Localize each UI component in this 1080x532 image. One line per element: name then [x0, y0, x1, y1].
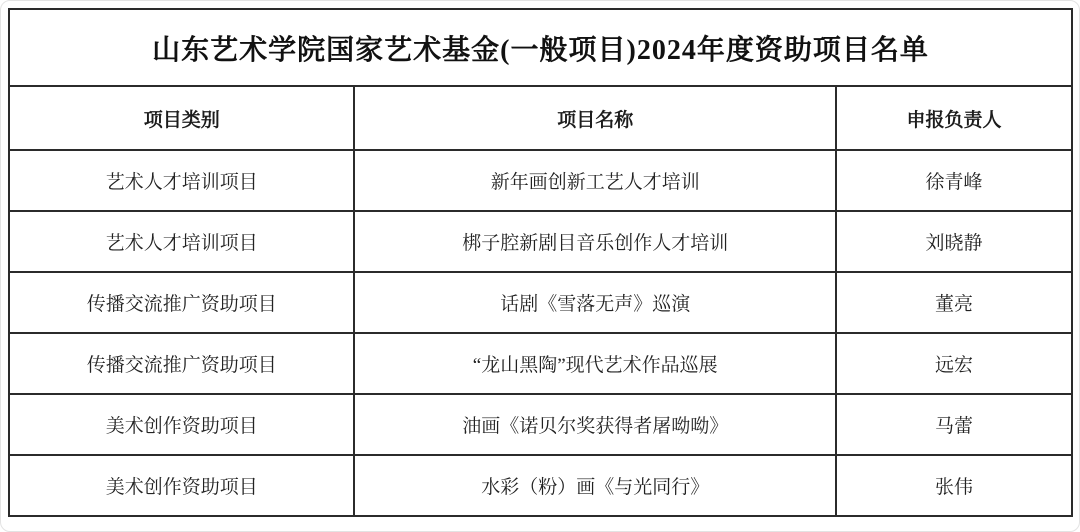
title-row: 山东艺术学院国家艺术基金(一般项目)2024年度资助项目名单: [9, 9, 1072, 86]
table-row: 传播交流推广资助项目 话剧《雪落无声》巡演 董亮: [9, 272, 1072, 333]
leader-cell: 远宏: [836, 333, 1072, 394]
project-name-cell: 话剧《雪落无声》巡演: [354, 272, 836, 333]
leader-cell: 刘晓静: [836, 211, 1072, 272]
column-header-project-name: 项目名称: [354, 86, 836, 150]
project-name-cell: 新年画创新工艺人才培训: [354, 150, 836, 211]
leader-cell: 张伟: [836, 455, 1072, 516]
table-row: 美术创作资助项目 油画《诺贝尔奖获得者屠呦呦》 马蕾: [9, 394, 1072, 455]
table-row: 传播交流推广资助项目 “龙山黑陶”现代艺术作品巡展 远宏: [9, 333, 1072, 394]
table-title: 山东艺术学院国家艺术基金(一般项目)2024年度资助项目名单: [9, 9, 1072, 86]
column-header-row: 项目类别 项目名称 申报负责人: [9, 86, 1072, 150]
category-cell: 传播交流推广资助项目: [9, 272, 354, 333]
column-header-leader: 申报负责人: [836, 86, 1072, 150]
category-cell: 美术创作资助项目: [9, 455, 354, 516]
column-header-category: 项目类别: [9, 86, 354, 150]
project-name-cell: 油画《诺贝尔奖获得者屠呦呦》: [354, 394, 836, 455]
table-row: 美术创作资助项目 水彩（粉）画《与光同行》 张伟: [9, 455, 1072, 516]
project-name-cell: “龙山黑陶”现代艺术作品巡展: [354, 333, 836, 394]
document-page: 山东艺术学院国家艺术基金(一般项目)2024年度资助项目名单 项目类别 项目名称…: [0, 0, 1080, 532]
table-row: 艺术人才培训项目 新年画创新工艺人才培训 徐青峰: [9, 150, 1072, 211]
category-cell: 艺术人才培训项目: [9, 150, 354, 211]
funding-projects-table: 山东艺术学院国家艺术基金(一般项目)2024年度资助项目名单 项目类别 项目名称…: [8, 8, 1073, 517]
leader-cell: 徐青峰: [836, 150, 1072, 211]
leader-cell: 董亮: [836, 272, 1072, 333]
category-cell: 传播交流推广资助项目: [9, 333, 354, 394]
category-cell: 美术创作资助项目: [9, 394, 354, 455]
project-name-cell: 水彩（粉）画《与光同行》: [354, 455, 836, 516]
leader-cell: 马蕾: [836, 394, 1072, 455]
category-cell: 艺术人才培训项目: [9, 211, 354, 272]
table-row: 艺术人才培训项目 梆子腔新剧目音乐创作人才培训 刘晓静: [9, 211, 1072, 272]
project-name-cell: 梆子腔新剧目音乐创作人才培训: [354, 211, 836, 272]
